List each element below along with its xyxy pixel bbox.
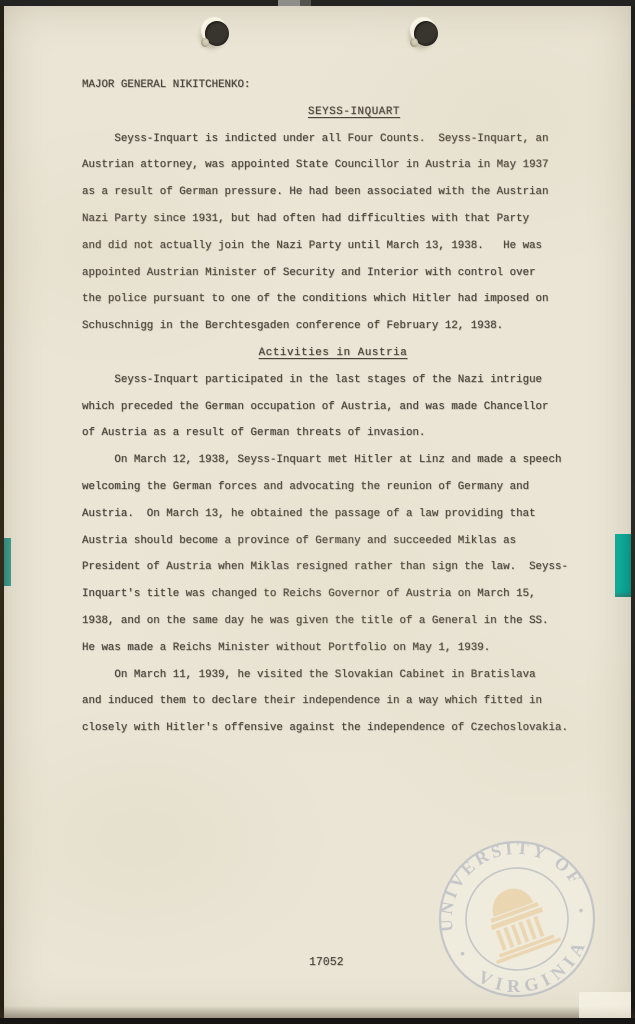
text-line: of Austria as a result of German threats… xyxy=(82,420,584,447)
rotunda-icon xyxy=(474,878,561,964)
addressee: MAJOR GENERAL NIKITCHENKO: xyxy=(82,72,584,99)
scan-edge-notch xyxy=(278,0,300,6)
svg-text:UNIVERSITY OF: UNIVERSITY OF xyxy=(427,829,589,938)
document-text: MAJOR GENERAL NIKITCHENKO:SEYSS-INQUART … xyxy=(82,72,584,742)
watermark-arc-top-text: UNIVERSITY OF xyxy=(427,829,589,938)
text-line: Austrian attorney, was appointed State C… xyxy=(82,152,584,179)
scan-edge-top xyxy=(0,0,635,6)
text-line: He was made a Reichs Minister without Po… xyxy=(82,635,584,662)
text-line: Seyss-Inquart participated in the last s… xyxy=(82,367,584,394)
text-line: Austria. On March 13, he obtained the pa… xyxy=(82,501,584,528)
text-line: which preceded the German occupation of … xyxy=(82,394,584,421)
text-line: and did not actually join the Nazi Party… xyxy=(82,233,584,260)
watermark-outer-ring xyxy=(427,829,607,1009)
text-line: Nazi Party since 1931, but had often had… xyxy=(82,206,584,233)
text-line: the police pursuant to one of the condit… xyxy=(82,286,584,313)
punch-hole-left-icon xyxy=(205,21,229,46)
text-line: Seyss-Inquart is indicted under all Four… xyxy=(82,126,584,153)
text-line: as a result of German pressure. He had b… xyxy=(82,179,584,206)
scan-edge-left xyxy=(0,0,4,1024)
page-number: 17052 xyxy=(309,956,344,969)
watermark-inner-ring xyxy=(452,854,583,985)
scan-edge-bottom xyxy=(0,1018,635,1024)
text-line: Schuschnigg in the Berchtesgaden confere… xyxy=(82,313,584,340)
text-line: On March 11, 1939, he visited the Slovak… xyxy=(82,662,584,689)
university-of-virginia-watermark-icon: UNIVERSITY OF VIRGINIA xyxy=(427,829,607,1009)
text-line: 1938, and on the same day he was given t… xyxy=(82,608,584,635)
page-bottom-shadow xyxy=(0,1006,635,1018)
text-line: welcoming the German forces and advocati… xyxy=(82,474,584,501)
text-line: and induced them to declare their indepe… xyxy=(82,688,584,715)
punch-hole-right-icon xyxy=(414,21,438,46)
corner-patch xyxy=(579,992,631,1018)
scanned-document-page: MAJOR GENERAL NIKITCHENKO:SEYSS-INQUART … xyxy=(0,0,635,1024)
text-line: President of Austria when Miklas resigne… xyxy=(82,554,584,581)
heading-title: SEYSS-INQUART xyxy=(82,99,584,126)
text-line: appointed Austrian Minister of Security … xyxy=(82,260,584,287)
scan-edge-right xyxy=(631,0,635,1024)
text-line: Austria should become a province of Germ… xyxy=(82,528,584,555)
text-line: On March 12, 1938, Seyss-Inquart met Hit… xyxy=(82,447,584,474)
heading-section: Activities in Austria xyxy=(82,340,584,367)
text-line: closely with Hitler's offensive against … xyxy=(82,715,584,742)
text-line: Inquart's title was changed to Reichs Go… xyxy=(82,581,584,608)
scan-edge-notch2 xyxy=(300,0,311,6)
